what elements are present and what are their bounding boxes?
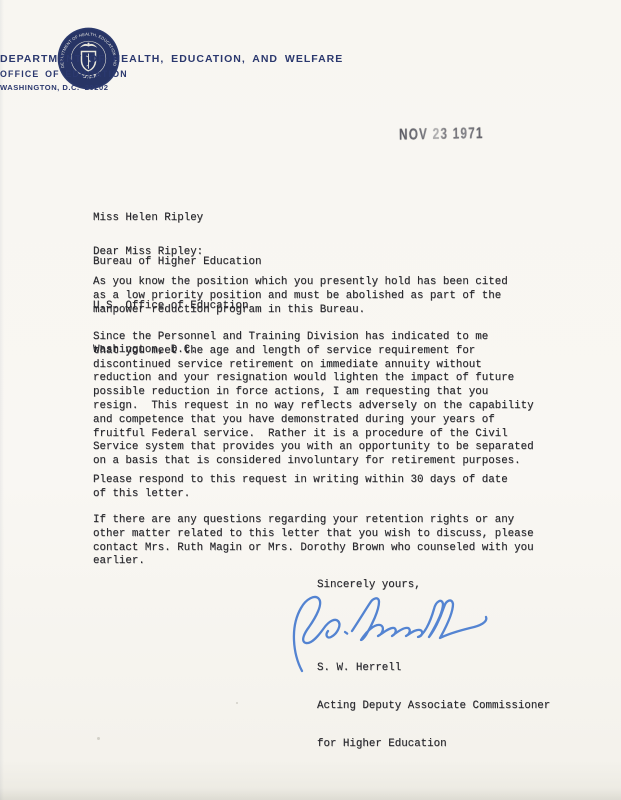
letterhead-city-line: WASHINGTON, D.C. 20202 (0, 83, 621, 92)
signer-title-line1: Acting Deputy Associate Commissioner (317, 700, 550, 713)
body-paragraph-2: Since the Personnel and Training Divisio… (93, 331, 534, 469)
signature-dot (345, 632, 347, 634)
letterhead-department-line: DEPARTMENT OF HEALTH, EDUCATION, AND WEL… (0, 53, 621, 65)
paper-edge-left (0, 0, 4, 800)
date-stamp: NOV 23 1971 (399, 124, 484, 143)
salutation: Dear Miss Ripley: (93, 246, 203, 260)
paper-speck (97, 737, 100, 740)
paper-speck (236, 702, 238, 704)
recipient-name: Miss Helen Ripley (93, 211, 261, 226)
body-paragraph-4: If there are any questions regarding you… (93, 514, 534, 569)
signature-surname-stroke (352, 598, 486, 640)
body-paragraph-1: As you know the position which you prese… (93, 276, 508, 317)
body-paragraph-3: Please respond to this request in writin… (93, 474, 508, 502)
signature-block: S. W. Herrell Acting Deputy Associate Co… (317, 637, 550, 776)
signer-typed-name: S. W. Herrell (317, 662, 550, 675)
scanned-letter-page: DEPARTMENT OF HEALTH, EDUCATION AND WELF… (0, 0, 621, 800)
signer-title-line2: for Higher Education (317, 738, 550, 751)
letterhead-office-line: OFFICE OF EDUCATION (0, 69, 621, 79)
paper-edge-bottom (0, 788, 621, 800)
